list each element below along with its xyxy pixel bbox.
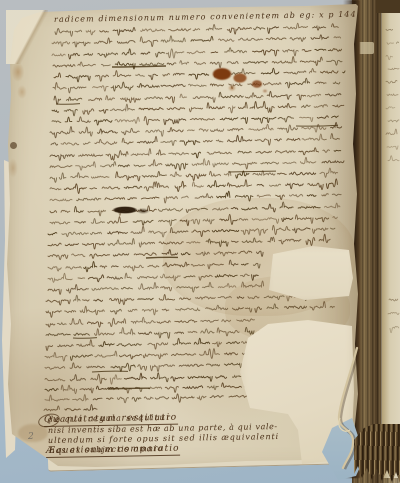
edge-stain-dot [10,142,17,149]
binding-top-corner [376,0,400,13]
rust-stain [206,60,274,102]
manuscript-photo: 2 radicem dimensionum numero conveniente… [0,0,400,483]
edge-stain [8,56,30,106]
next-page-edge [381,8,400,478]
ink-blot [106,203,152,218]
edge-stain [5,148,21,192]
corner-stain [18,424,48,442]
